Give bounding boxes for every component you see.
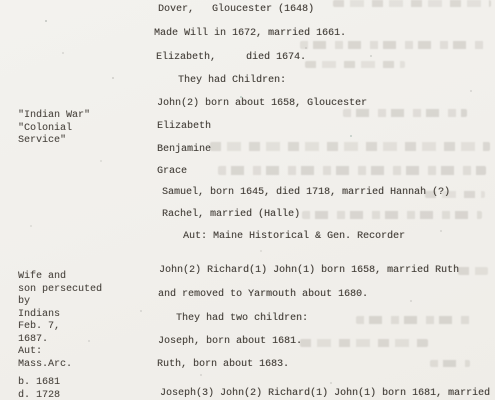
margin-note-line: Wife and — [18, 271, 102, 284]
margin-note-line: Service" — [18, 135, 90, 148]
bleedthrough-mark — [333, 0, 491, 7]
typed-line: Elizabeth, died 1674. — [156, 52, 306, 63]
margin-note-line: Aut: — [18, 346, 102, 359]
margin-note: "Indian War""ColonialService" — [18, 110, 90, 148]
typed-line: They had Children: — [178, 75, 286, 86]
bleedthrough-mark — [302, 211, 482, 219]
margin-note-line: b. 1681 — [18, 377, 60, 390]
typed-line: Rachel, married (Halle) — [162, 209, 300, 220]
typed-line: Joseph(3) John(2) Richard(1) John(1) bor… — [160, 388, 490, 399]
margin-note-line: 1687. — [18, 334, 102, 347]
margin-note-line: d. 1728 — [18, 390, 60, 400]
margin-note: b. 1681d. 1728 — [18, 377, 60, 400]
bleedthrough-mark — [430, 360, 470, 367]
bleedthrough-mark — [356, 316, 474, 324]
typed-line: Grace — [157, 166, 187, 177]
typed-line: John(2) born about 1658, Gloucester — [157, 98, 367, 109]
bleedthrough-mark — [300, 339, 428, 347]
typed-line: Ruth, born about 1683. — [157, 359, 289, 370]
margin-note-line: Indians — [18, 309, 102, 322]
bleedthrough-mark — [300, 41, 488, 49]
scanned-document-page: Dover, Gloucester (1648)Made Will in 167… — [0, 0, 495, 400]
typed-line: Benjamine — [157, 144, 211, 155]
typed-line: and removed to Yarmouth about 1680. — [158, 289, 368, 300]
typed-line: Aut: Maine Historical & Gen. Recorder — [183, 231, 405, 242]
margin-note-line: son persecuted — [18, 284, 102, 297]
margin-note-line: Feb. 7, — [18, 321, 102, 334]
bleedthrough-mark — [458, 267, 488, 275]
bleedthrough-mark — [305, 61, 405, 68]
margin-note-line: "Colonial — [18, 123, 90, 136]
margin-note-line: Mass.Arc. — [18, 359, 102, 372]
typed-line: John(2) Richard(1) John(1) born 1658, ma… — [159, 265, 459, 276]
bleedthrough-mark — [218, 166, 486, 175]
margin-note-line: by — [18, 296, 102, 309]
margin-note-line: "Indian War" — [18, 110, 90, 123]
typed-line: Joseph, born about 1681. — [158, 336, 302, 347]
typed-line: Samuel, born 1645, died 1718, married Ha… — [162, 187, 450, 198]
bleedthrough-mark — [343, 109, 467, 117]
bleedthrough-mark — [210, 142, 490, 151]
typed-line: Made Will in 1672, married 1661. — [154, 28, 346, 39]
margin-note: Wife andson persecutedbyIndiansFeb. 7,16… — [18, 271, 102, 371]
typed-line: They had two children: — [176, 313, 308, 324]
typed-line: Dover, Gloucester (1648) — [158, 4, 314, 15]
typed-line: Elizabeth — [157, 121, 211, 132]
